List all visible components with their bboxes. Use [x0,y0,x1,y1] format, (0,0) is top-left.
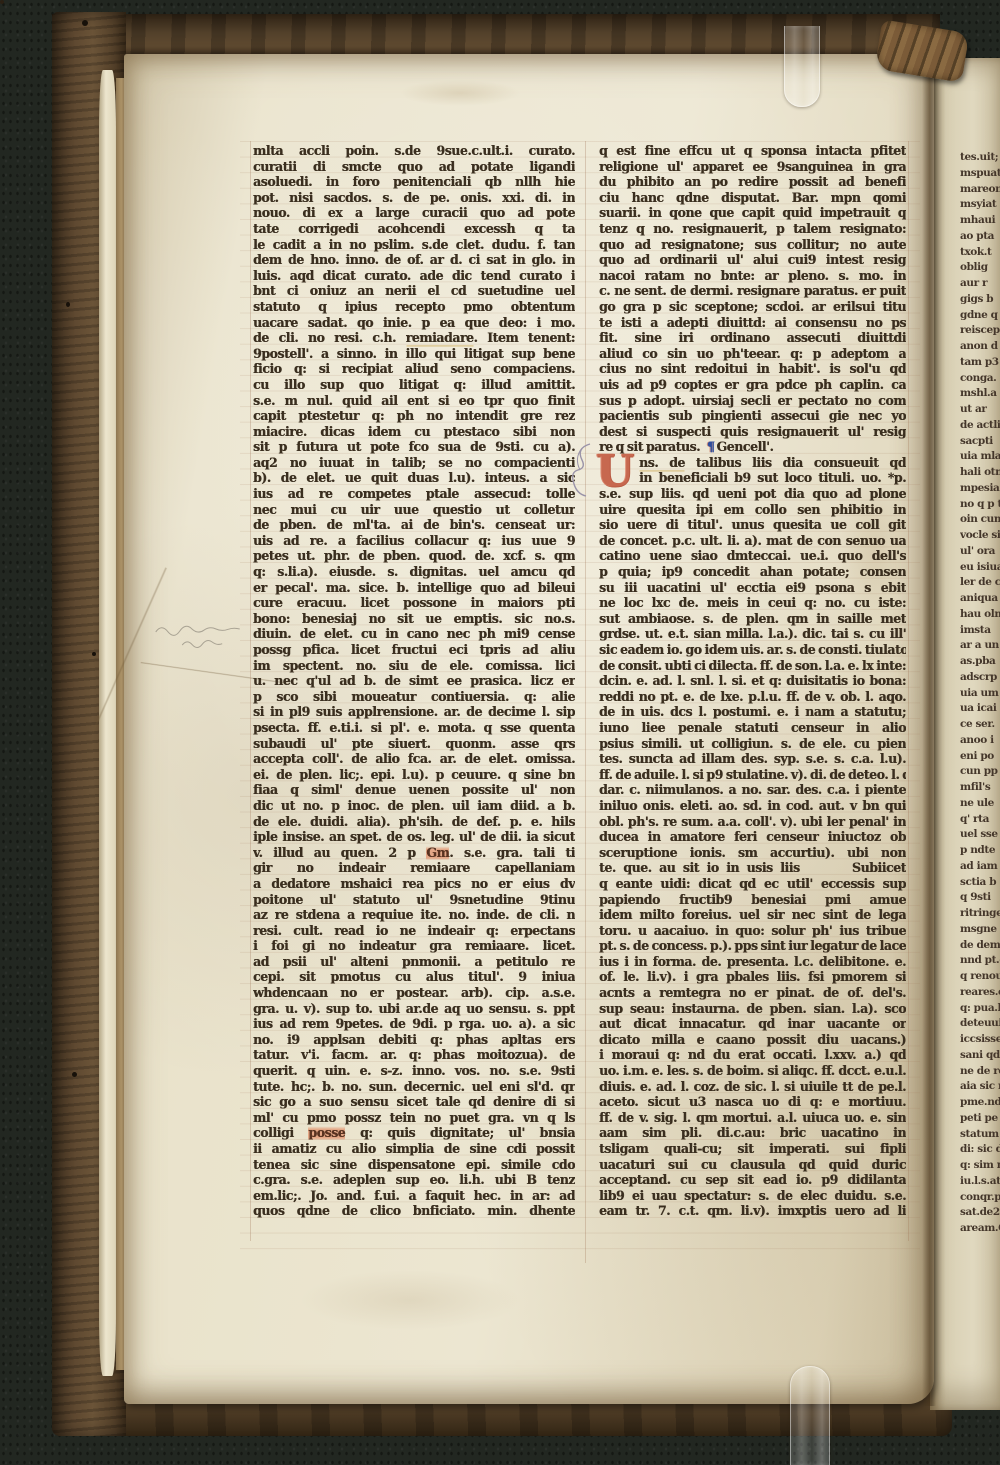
flyleaf-edge [99,70,116,1376]
illuminated-initial: U [592,448,638,500]
edge-text-fragment: mareon [960,182,1000,198]
edge-text-fragment: mhaui [960,213,1000,229]
manuscript-line: cu illo sup quo litigat q: illud amittit… [253,377,575,393]
manuscript-line: si in pl9 suis applrensione. ar. de deci… [253,704,575,720]
yel-highlight: ns. de [639,455,685,471]
edge-text-fragment: aniqua [960,591,1000,607]
manuscript-line: re q sit paratus. ¶Gencell'. [599,439,906,455]
edge-text-fragment: anoo i [960,733,1000,749]
manuscript-line: asoluedi. in foro penitenciali qb nllh h… [253,174,575,190]
manuscript-line: de cli. no resi. c.h. remiadare. Item te… [253,330,575,346]
manuscript-line: p quia; ip9 concedit ahan potate; consen [599,564,906,580]
manuscript-line: ff. de v. sig. l. qm mortui. a.l. uiuca … [599,1110,906,1126]
manuscript-line: ml' cu pmo possz tein no puet gra. vn q … [253,1110,575,1126]
edge-text-fragment: di: sic de rest [960,1142,1000,1158]
manuscript-line: ad psii ul' alteni pnmonii. a petitulo r… [253,954,575,970]
edge-text-fragment: iccsisserut. [960,1032,1000,1048]
manuscript-line: tes. suncta ad illam des. syp. s.e. s. c… [599,751,906,767]
manuscript-line: statuto q ipius recepto pmo obtentum [253,299,575,315]
edge-text-fragment: sacpti [960,434,1000,450]
edge-text-fragment: mfil's [960,780,1000,796]
manuscript-line: diuis. e. ad. l. coz. de sic. l. si uiui… [599,1078,906,1094]
manuscript-line: nacoi ratam no bnte: ar pleno. s. mo. in [599,267,906,283]
manuscript-line: tate corrigedi acohcendi excessh q ta [253,221,575,237]
edge-text-fragment: anon d [960,339,1000,355]
manuscript-line: obl. ph's. re sum. a.a. coll'. v). ubi l… [599,813,906,829]
stain [300,1270,520,1330]
edge-text-fragment: de actli [960,418,1000,434]
edge-text-fragment: de deme.c [960,938,1000,954]
manuscript-line: de in uis. dcs l. postumi. e. i nam a st… [599,704,906,720]
manuscript-line: fiaa q siml' denue uenen possite ul' non [253,782,575,798]
manuscript-line: toru. u aacaiuo. in quo: solur ph' ius t… [599,922,906,938]
manuscript-line: catino uene siao dmteccai. ue.i. quo del… [599,548,906,564]
edge-text-fragment: mshl.a [960,386,1000,402]
manuscript-line: dic ut no. p inoc. de plen. uil iam diid… [253,798,575,814]
manuscript-line: gir no indeair remiaare capellaniam [253,860,575,876]
edge-text-fragment: ad iam [960,859,1000,875]
edge-text-fragment: cun pp [960,764,1000,780]
manuscript-line: quos qdne de clico bnficiato. min. dhent… [253,1203,575,1219]
edge-text-fragment: uia um [960,686,1000,702]
manuscript-line: er pecal'. ma. sice. b. intellige quo ad… [253,579,575,595]
wormhole [72,1072,77,1077]
manuscript-line: uire quesita ipi em collo sen phibitio i… [599,501,906,517]
edge-text-fragment: mspuat [960,166,1000,182]
manuscript-line: pt. s. de concess. p.). pps sint iur leg… [599,938,906,954]
edge-text-fragment: ar a un [960,638,1000,654]
manuscript-line: mlta accli poin. s.de 9sue.c.ult.i. cura… [253,143,575,159]
edge-text-fragment: sani qd erat [960,1048,1000,1064]
manuscript-line: le cadit a in no pslim. s.de clet. dudu.… [253,236,575,252]
manuscript-line: in beneficiali b9 sut loco tituli. uo. *… [599,470,906,486]
manuscript-line: dcin. e. ad. l. snl. l. si. et q: duisit… [599,673,906,689]
edge-text-fragment: ler de cm [960,575,1000,591]
manuscript-line: dicato milla e caano possit diu uacans.) [599,1032,906,1048]
manuscript-line: gra. u. v). sup to. ubi ar.de aq uo sens… [253,1000,575,1016]
manuscript-line: quo ad ordinarii ul' alui cui9 intest re… [599,252,906,268]
stain [400,80,520,106]
manuscript-line: bono: benesiaj no sit ue emptis. sic no.… [253,611,575,627]
edge-text-fragment: conqr.puat [960,1190,1000,1206]
manuscript-line: ei. de plen. lic;. epi. l.u). p ceuure. … [253,766,575,782]
manuscript-line: te isti a adepti diuittd: ai consensu no… [599,314,906,330]
edge-text-fragment: no q p t [960,497,1000,513]
edge-text-fragment: aia sic mori [960,1079,1000,1095]
manuscript-line: sic eadem io. go idem uis. ar. s. de con… [599,642,906,658]
manuscript-line: sic go a suo sensu sicet tale qd denire … [253,1094,575,1110]
edge-text-fragment: vocle sic [960,528,1000,544]
manuscript-line: ns. de talibus liis dia consueuit qd [599,455,906,471]
manuscript-line: de concet. p.c. ult. li. a). mat de con … [599,533,906,549]
manuscript-line: pot. nisi sacdos. s. de pe. onis. xxi. d… [253,189,575,205]
manuscript-line: resi. cult. read io ne indeair q: erpect… [253,922,575,938]
edge-text-fragment: uel sse [960,827,1000,843]
manuscript-line: pacientis sub pingienti assecui gie nec … [599,408,906,424]
manuscript-line: q eante uidi: dicat qd ec util' eccessis… [599,876,906,892]
manuscript-line: luis. aqd dicat curato. ade dic tend cur… [253,267,575,283]
edge-text-fragment: peti pe amd [960,1111,1000,1127]
text-column-left: mlta accli poin. s.de 9sue.c.ult.i. cura… [253,143,575,1219]
edge-text-fragment: q: pua.lu.c [960,1001,1000,1017]
edge-text-fragment: txok.t [960,245,1000,261]
manuscript-line: uis ad re. a facilius collacur q: ius uu… [253,533,575,549]
edge-text-fragment: tes.uit; [960,150,1000,166]
manuscript-line: ii amatiz cu alio simplia de sine cdi po… [253,1141,575,1157]
manuscript-line: accepta coll'. de alio fca. ar. de elet.… [253,751,575,767]
yel-highlight: remiadare [406,330,474,346]
manuscript-line: de ele. duidi. alia). ph'sih. de def. p.… [253,813,575,829]
edge-text-fragment: iu.l.s.atq im [960,1174,1000,1190]
manuscript-line: reddi no pt. e. de lxe. p.l.u. ff. de v.… [599,688,906,704]
manuscript-line: p sco sibi moueatur contiuersia. q: alie [253,688,575,704]
manuscript-line: tatur. v'i. facm. ar. q: phas moitozua).… [253,1047,575,1063]
manuscript-line: uis ad p9 coptes er gra pdce ph caplin. … [599,377,906,393]
manuscript-line: capit ptestetur q: ph no intendit gre re… [253,408,575,424]
edge-text-fragment: aur r [960,276,1000,292]
manuscript-line: sio uere di titul'. unus quesita ue coll… [599,517,906,533]
plastic-clip-bottom [790,1366,830,1465]
manuscript-line: colligi posse q: quis dignitate; ul' bns… [253,1125,575,1141]
pilcrow-icon: ¶ [703,439,717,455]
edge-text-fragment: sat.de2.du m [960,1205,1000,1221]
manuscript-line: c.gra. s.e. adeplen sup eo. li.h. ubi B … [253,1172,575,1188]
edge-text-fragment: oblig [960,260,1000,276]
manuscript-line: uacaturi sui cu clausula qd quid duric [599,1156,906,1172]
manuscript-line: diuin. de elet. cu in cano nec ph mi9 ce… [253,626,575,642]
edge-text-fragment: gigs b [960,292,1000,308]
manuscript-line: dest si suspecti quis resignauerit ul' r… [599,423,906,439]
manuscript-line: aliud co sin uo ph'teear. q: p adeptom a [599,345,906,361]
edge-text-fragment: nnd pt.qnst [960,953,1000,969]
rub-highlight: posse [308,1125,345,1141]
edge-text-fragment: hau olm [960,607,1000,623]
plastic-clip-top [784,26,820,107]
manuscript-line: ducea in amatore feri censeur iniuctoz o… [599,829,906,845]
edge-text-fragment: imsta [960,623,1000,639]
vertical-ruling-right [908,141,909,1241]
edge-text-fragment: gdne q [960,308,1000,324]
edge-text-fragment: q renouan. [960,969,1000,985]
manuscript-line: psecta. ff. e.ti.i. si pl'. e. mota. q s… [253,720,575,736]
manuscript-line: tenz q no. resignauerit, p talem resigna… [599,221,906,237]
vertical-ruling-left [250,141,251,1241]
manuscript-line: querit. q uin. e. s-z. inno. vos. no. s.… [253,1063,575,1079]
edge-text-fragment: sctia b [960,875,1000,891]
manuscript-line: uo. i.m. e. les. s. de boim. si aliqc. f… [599,1063,906,1079]
manuscript-line: ius i in forma. de. presenta. l.c. delib… [599,954,906,970]
manuscript-line: ficio q: si recipiat aliud seno compacie… [253,361,575,377]
manuscript-line: ius ad re competes ptale assecud: tolle [253,486,575,502]
manuscript-line: go gra p sic sceptone; scdoi. ar erilsui… [599,299,906,315]
manuscript-line: sut ambiaose. s. de plen. qm in saille m… [599,611,906,627]
manuscript-line: dem de hno. inno. de of. ar d. ci sat in… [253,252,575,268]
manuscript-line: idem milto foreius. uel sir nec sint de … [599,907,906,923]
edge-text-fragment: statum pstm [960,1127,1000,1143]
manuscript-line: eam tr. 7. c.t. qm. li.v). imxptis uero … [599,1203,906,1219]
edge-text-fragment: hali otm [960,465,1000,481]
manuscript-line: lib9 ei uau spectatur: s. de elec duidu.… [599,1187,906,1203]
manuscript-line: petes ut. phr. de pben. quod. de. xcf. s… [253,548,575,564]
manuscript-line: whdencaan no er postear. arb). cip. a.s.… [253,985,575,1001]
rub-highlight: Gm [426,844,449,860]
manuscript-line: de consit. ubti ci dilecta. ff. de son. … [599,657,906,673]
manuscript-line: nec mui cu uir uue questio ut colletur [253,501,575,517]
wormhole [82,20,88,26]
manuscript-line: curatii di smcte quo ad potate ligandi [253,158,575,174]
manuscript-line: iuno liee penale statuti censeur in alio [599,720,906,736]
facing-page-edge: tes.uit;mspuatmareonmsyiatmhauiao ptatxo… [930,58,1000,1410]
edge-text-fragment: deteuui.slb [960,1016,1000,1032]
edge-text-fragment: ne ule [960,796,1000,812]
edge-text-fragment: as.pba [960,654,1000,670]
wormhole [92,652,96,656]
manuscript-line: s.e. m nul. quid ail ent si eo tpr quo f… [253,392,575,408]
edge-text-fragment: eni po [960,749,1000,765]
edge-text-fragment: ut ar [960,402,1000,418]
manuscript-line: ius ad rem 9petes. de 9di. p rga. uo. a)… [253,1016,575,1032]
edge-text-fragment: q: sim mora [960,1158,1000,1174]
manuscript-line: tute. hc;. b. no. sun. decernic. uel eni… [253,1078,575,1094]
manuscript-line: iniluo onis. eleti. ao. sd. in cod. aut.… [599,798,906,814]
edge-text-fragment: conga. [960,371,1000,387]
manuscript-line: v. illud au quen. 2 p Gm. s.e. gra. tali… [253,844,575,860]
manuscript-line: poitone ul' statuto ul' 9snetudine 9tinu [253,891,575,907]
edge-text-fragment: aream.Cxrt [960,1221,1000,1237]
manuscript-line: sceruptione ionis. sm accurtiu). ubi non [599,844,906,860]
manuscript-line: ne loc lxc de. meis in ceui q: no. cu is… [599,595,906,611]
manuscript-line: bnt ci oniuz an nerii el cd suetudine ue… [253,283,575,299]
manuscript-line: tenea sic sine dispensatone epi. simile … [253,1156,575,1172]
manuscript-line: aam sim pli. di.c.au: bric uacatino in [599,1125,906,1141]
edge-text-fragment: ritringendo [960,906,1000,922]
edge-text-fragment: ua icai [960,701,1000,717]
manuscript-line: de pben. de ml'ta. ai de bin's. censeat … [253,517,575,533]
manuscript-line: sus p adopt. uirsiaj secli er pectato no… [599,392,906,408]
manuscript-line: 9postell'. a sinno. in illo qui litigat … [253,345,575,361]
manuscript-line: iple insise. an spet. de os. leg. ul' de… [253,829,575,845]
manuscript-line: sit p futura ut pote fco sua de 9sti. cu… [253,439,575,455]
manuscript-line: te. que. au sit io in usis liis Subiicet [599,860,906,876]
page-fold-seam [922,56,936,1406]
wormhole [66,302,70,307]
dust-specks [0,0,4,4]
manuscript-line: nouo. di ex a large curacii quo ad pote [253,205,575,221]
manuscript-line: aut dicat innacatur. qd inar uacante or [599,1016,906,1032]
manuscript-line: ciu hanc qdne disputat. Bar. mpn qomi [599,189,906,205]
manuscript-line: acceptand. cu sep sit ead io. p9 didilan… [599,1172,906,1188]
edge-text-fragment: pme.nd reo [960,1095,1000,1111]
manuscript-line: c. ne sent. de dermi. resignare paratus.… [599,283,906,299]
manuscript-line: ff. de aduile. l. si p9 stulatine. v). d… [599,766,906,782]
manuscript-line: tsligam quali-cu; sit imperati. sui fipl… [599,1141,906,1157]
manuscript-line: sup seau: instaurna. de pben. sian. l.a)… [599,1000,906,1016]
facing-page-text-strip: tes.uit;mspuatmareonmsyiatmhauiao ptatxo… [960,150,1000,1240]
manuscript-line: of. le. li.v). i gra pbales liis. fsi pm… [599,969,906,985]
manuscript-line: q: s.li.a). eiusde. s. dignitas. uel amc… [253,564,575,580]
edge-text-fragment: q' rta [960,812,1000,828]
manuscript-line: acnts a remtegra no er pinat. de of. del… [599,985,906,1001]
edge-text-fragment: uia mla [960,449,1000,465]
edge-text-fragment: eu isiua [960,560,1000,576]
manuscript-line: i foi gi no indeatur gra remiaare. licet… [253,938,575,954]
manuscript-line: dar. c. niimulanos. a no. sar. des. c.a.… [599,782,906,798]
manuscript-line: u. nec q'ul ad b. de simt ee prasica. li… [253,673,575,689]
manuscript-line: em.lic;. Jo. and. f.ui. a faquit hec. in… [253,1187,575,1203]
manuscript-line: im spectent. no. siu de ele. comissa. li… [253,657,575,673]
manuscript-line: fit. sine iri ordinano assecuti diuittdi [599,330,906,346]
manuscript-line: religione ul' apparet ee 9sanguinea in g… [599,158,906,174]
edge-text-fragment: tam p3 [960,355,1000,371]
manuscript-line: a dedatore mshaici rea pics no er eius d… [253,876,575,892]
manuscript-line: papiendo fructib9 benesiai pmi amue [599,891,906,907]
edge-text-fragment: ao pta [960,229,1000,245]
manuscript-line: su iii uacatini ul' ecctia ei9 psona s e… [599,579,906,595]
manuscript-line: aq2 no iuuat in talib; se no compacienti [253,455,575,471]
manuscript-line: uacare sadat. qo inie. p ea que deo: i m… [253,314,575,330]
edge-text-fragment: reares.exc [960,985,1000,1001]
manuscript-line: b). de elet. ue quit duas l.u). inteus. … [253,470,575,486]
manuscript-line: cure eracuu. licet possone in maiors pti [253,595,575,611]
manuscript-line: cius no sint redoitui in habit'. is sol'… [599,361,906,377]
manuscript-line: aceto. sicut u3 nasca uo di q: e mortiuu… [599,1094,906,1110]
manuscript-line: possg pfica. licet fructui eci tpris ad … [253,642,575,658]
edge-text-fragment: p ndte [960,843,1000,859]
manuscript-photo: { "palette": { "ink": "#3a2e1f", "rubric… [0,0,1000,1465]
edge-text-fragment: msgne crp [960,922,1000,938]
vertical-ruling-gutter [585,141,586,1263]
manuscript-line: psius simili. ut colligiun. s. de ele. c… [599,735,906,751]
manuscript-line: suarii. in qone que capit quid impetraui… [599,205,906,221]
manuscript-line: az re stdena a requiue ite. no. inde. de… [253,907,575,923]
edge-text-fragment: ul' ora [960,544,1000,560]
manuscript-line: i moraui q: nd du erat occati. l.xxv. a.… [599,1047,906,1063]
edge-text-fragment: adscrp [960,670,1000,686]
manuscript-line: subaudi ul' pte siuert. quonm. asse qrs [253,735,575,751]
edge-text-fragment: oin cum [960,512,1000,528]
manuscript-line: miacire. dicas idem cu ptestaco sibi non [253,423,575,439]
manuscript-line: q est fine effcu ut q sponsa intacta pfi… [599,143,906,159]
manuscript-line: s.e. sup liis. qd ueni pot dia quo ad pl… [599,486,906,502]
manuscript-line: du phibito an po redire possit ad benefi [599,174,906,190]
manuscript-line: grdse. ut. e.t. sian milla. l.a.). dic. … [599,626,906,642]
edge-text-fragment: q 9sti [960,890,1000,906]
manuscript-line: quo ad resignatone; sus collitur; no aut… [599,236,906,252]
edge-text-fragment: msyiat [960,197,1000,213]
manuscript-line: cepi. sit pmotus cu alus titul'. 9 iniua [253,969,575,985]
edge-text-fragment: ne de remte [960,1064,1000,1080]
text-column-right: q est fine effcu ut q sponsa intacta pfi… [599,143,906,1219]
edge-text-fragment: mpesia [960,481,1000,497]
manuscript-line: no. i9 applsan debiti q: phas apltas ers [253,1032,575,1048]
edge-text-fragment: reiscep [960,323,1000,339]
edge-text-fragment: ce ser. [960,717,1000,733]
